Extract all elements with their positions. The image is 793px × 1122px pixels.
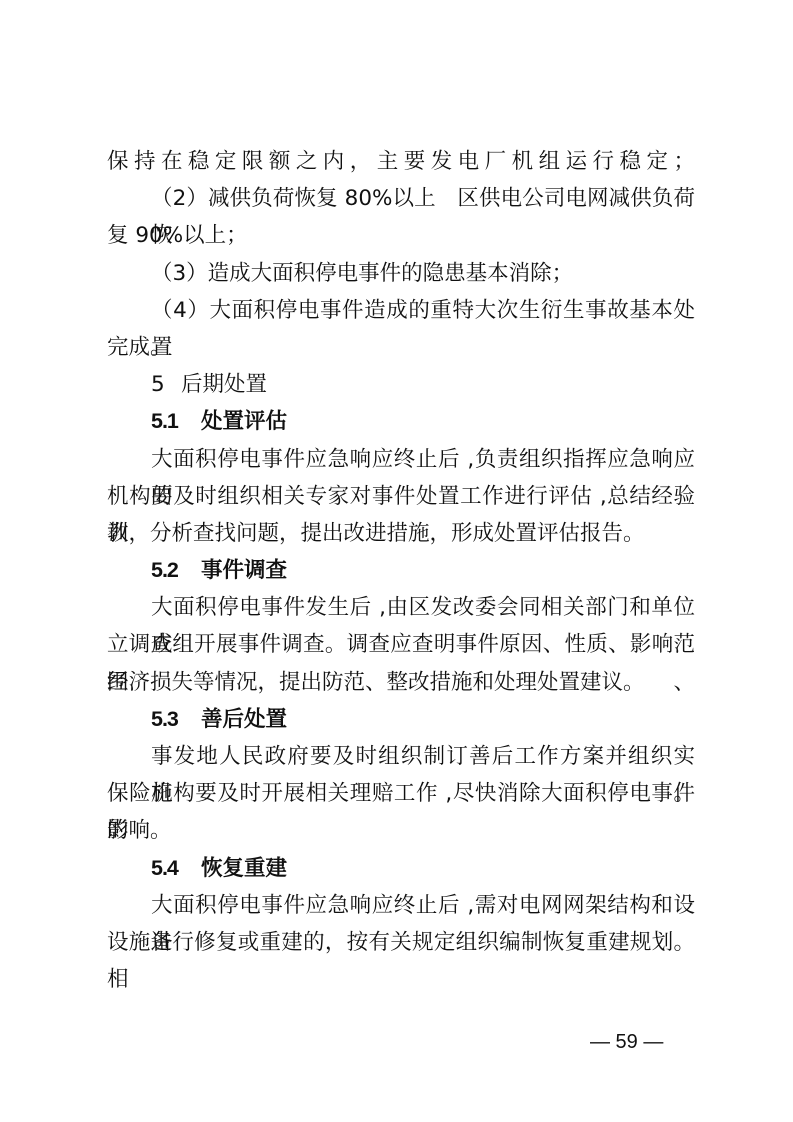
paragraph-line: 训，分析查找问题，提出改进措施，形成处置评估报告。 (107, 515, 695, 552)
list-item-3: （3）造成大面积停电事件的隐患基本消除； (107, 255, 695, 292)
section-heading-5-2: 5.2事件调查 (107, 552, 695, 589)
document-page: 保持在稳定限额之内，主要发电厂机组运行稳定； （2）减供负荷恢复 80%以上 区… (107, 143, 695, 961)
paragraph-line: 大面积停电事件发生后 ,由区发改委会同相关部门和单位成 (107, 589, 695, 626)
section-title: 后期处置 (181, 372, 267, 397)
section-heading-5-3: 5.3善后处置 (107, 701, 695, 738)
paragraph-line: 机构要及时组织相关专家对事件处置工作进行评估 ,总结经验教 (107, 478, 695, 515)
paragraph-line: 立调查组开展事件调查。调查应查明事件原因、性质、影响范围、 (107, 626, 695, 663)
list-item-4: （4）大面积停电事件造成的重特大次生衍生事故基本处置 (107, 292, 695, 329)
paragraph-line: 设施进行修复或重建的，按有关规定组织编制恢复重建规划。相 (107, 924, 695, 961)
text-line: 完成。 (107, 329, 695, 366)
paragraph-line: 影响。 (107, 812, 695, 849)
section-number: 5.1 (151, 403, 201, 440)
section-title: 恢复重建 (201, 856, 287, 881)
section-number: 5.2 (151, 552, 201, 589)
page-number: — 59 — (590, 1031, 663, 1054)
section-number: 5.3 (151, 701, 201, 738)
section-title: 善后处置 (201, 707, 287, 732)
list-item-2: （2）减供负荷恢复 80%以上 区供电公司电网减供负荷恢 (107, 180, 695, 217)
section-number: 5 (151, 366, 181, 403)
section-heading-5-4: 5.4恢复重建 (107, 850, 695, 887)
section-title: 处置评估 (201, 409, 287, 434)
section-number: 5.4 (151, 850, 201, 887)
section-title: 事件调查 (201, 558, 287, 583)
section-heading-5-1: 5.1处置评估 (107, 403, 695, 440)
paragraph-line: 大面积停电事件应急响应终止后 ,负责组织指挥应急响应的 (107, 441, 695, 478)
section-heading-5: 5后期处置 (107, 366, 695, 403)
paragraph-line: 大面积停电事件应急响应终止后 ,需对电网网架结构和设备 (107, 887, 695, 924)
paragraph-line: 保险机构要及时开展相关理赔工作 ,尽快消除大面积停电事件的 (107, 775, 695, 812)
text-line: 复 90%以上； (107, 217, 695, 254)
paragraph-line: 事发地人民政府要及时组织制订善后工作方案并组织实施。 (107, 738, 695, 775)
paragraph-line: 经济损失等情况，提出防范、整改措施和处理处置建议。 (107, 664, 695, 701)
text-line: 保持在稳定限额之内，主要发电厂机组运行稳定； (107, 143, 695, 180)
